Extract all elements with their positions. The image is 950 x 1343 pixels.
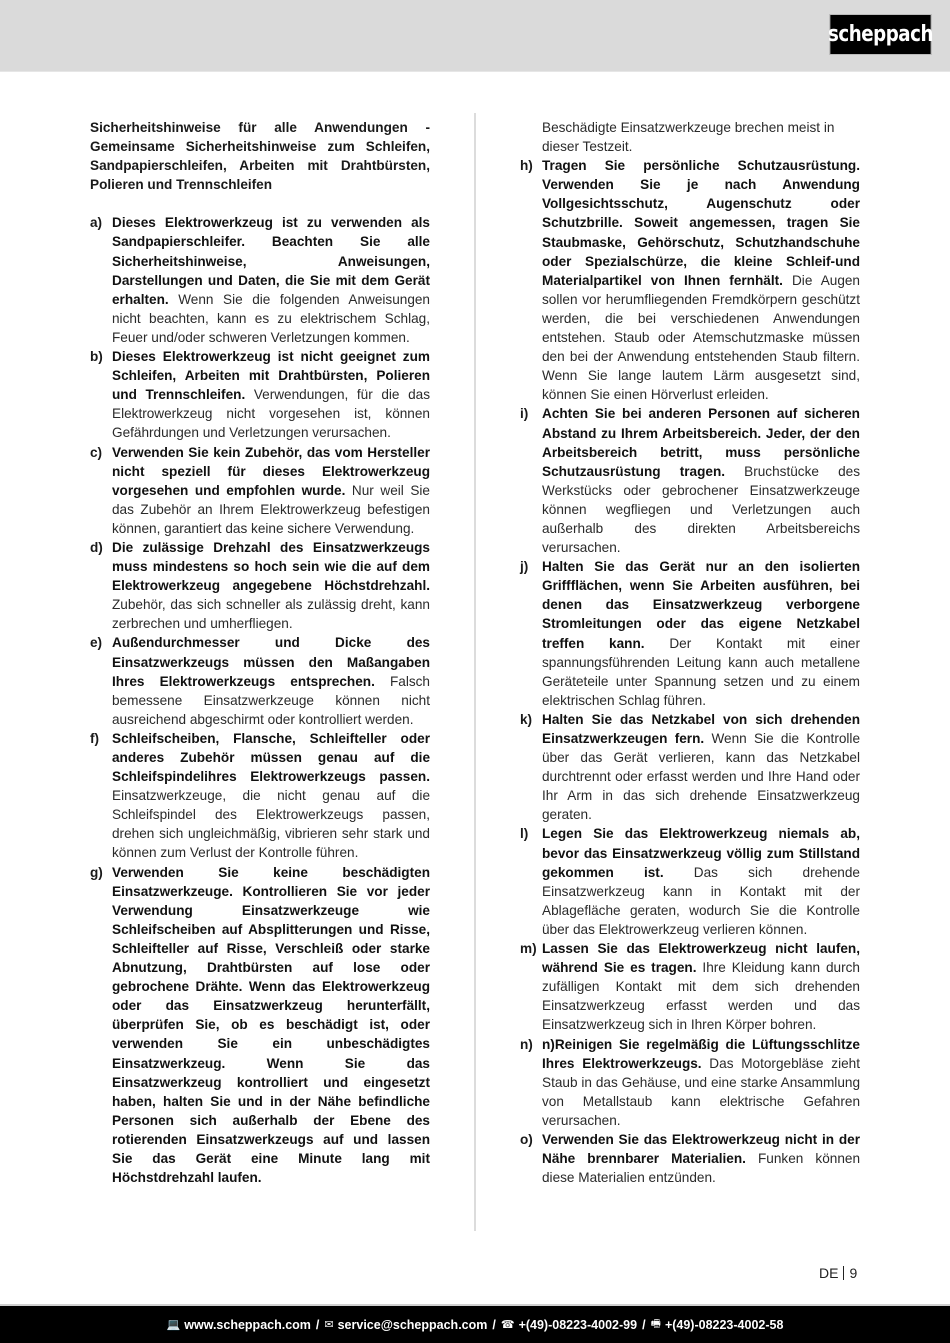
item-text: Einsatzwerkzeuge, die nicht genau auf di…	[112, 788, 430, 860]
item-label: h)	[520, 156, 542, 404]
computer-icon: 💻	[167, 1318, 181, 1331]
item-body: Halten Sie das Netzkabel von sich drehen…	[542, 710, 860, 825]
page-number: DE9	[819, 1265, 857, 1281]
safety-item: h)Tragen Sie persönliche Schutzausrüstun…	[520, 156, 860, 404]
safety-item: g)Verwenden Sie keine beschädigten Einsa…	[90, 863, 430, 1188]
safety-item: d)Die zulässige Drehzahl des Einsatzwerk…	[90, 538, 430, 633]
item-label: e)	[90, 633, 112, 728]
fax-icon: 🖷	[651, 1315, 661, 1334]
item-body: Legen Sie das Elektrowerkzeug niemals ab…	[542, 824, 860, 939]
page-index: 9	[849, 1265, 857, 1281]
item-label: k)	[520, 710, 542, 825]
item-body: Außendurchmesser und Dicke des Einsatzwe…	[112, 633, 430, 728]
column-divider	[474, 113, 476, 1231]
item-body: Verwenden Sie keine beschädigten Einsatz…	[112, 863, 430, 1188]
left-safety-list: a)Dieses Elektrowerkzeug ist zu verwende…	[90, 213, 430, 1187]
safety-item: e)Außendurchmesser und Dicke des Einsatz…	[90, 633, 430, 728]
safety-item: o)Verwenden Sie das Elektrowerkzeug nich…	[520, 1130, 860, 1187]
contact-bar: 💻 www.scheppach.com / ✉ service@scheppac…	[0, 1304, 950, 1343]
email-link[interactable]: service@scheppach.com	[338, 1318, 488, 1332]
item-body: Verwenden Sie das Elektrowerkzeug nicht …	[542, 1130, 860, 1187]
safety-item: m)Lassen Sie das Elektrowerkzeug nicht l…	[520, 939, 860, 1034]
language-code: DE	[819, 1265, 838, 1281]
item-label: c)	[90, 443, 112, 538]
telephone-icon: ☎	[501, 1318, 515, 1331]
right-safety-list: h)Tragen Sie persönliche Schutzausrüstun…	[520, 156, 860, 1187]
item-label: o)	[520, 1130, 542, 1187]
item-label: j)	[520, 557, 542, 710]
safety-item: i)Achten Sie bei anderen Personen auf si…	[520, 404, 860, 557]
separator: /	[642, 1318, 645, 1332]
item-text: Die Augen sollen vor herumfliegenden Fre…	[542, 273, 860, 403]
safety-item: l)Legen Sie das Elektrowerkzeug niemals …	[520, 824, 860, 939]
separator: /	[492, 1318, 495, 1332]
item-emphasis: Verwenden Sie keine beschädigten Einsatz…	[112, 865, 430, 1186]
safety-item: a)Dieses Elektrowerkzeug ist zu verwende…	[90, 213, 430, 347]
item-body: Die zulässige Drehzahl des Einsatzwerkze…	[112, 538, 430, 633]
section-title: Sicherheitshinweise für alle Anwendungen…	[90, 118, 430, 194]
item-label: d)	[90, 538, 112, 633]
item-label: i)	[520, 404, 542, 557]
safety-item: b)Dieses Elektrowerkzeug ist nicht geeig…	[90, 347, 430, 442]
item-label: m)	[520, 939, 542, 1034]
item-label: f)	[90, 729, 112, 863]
continuation-text: Beschädigte Einsatzwerkzeuge brechen mei…	[542, 118, 860, 156]
header-band: scheppach	[0, 0, 950, 72]
item-body: n)Reinigen Sie regelmäßig die Lüftungssc…	[542, 1035, 860, 1130]
item-label: g)	[90, 863, 112, 1188]
item-body: Dieses Elektrowerkzeug ist zu verwenden …	[112, 213, 430, 347]
item-body: Halten Sie das Gerät nur an den isoliert…	[542, 557, 860, 710]
safety-item: k)Halten Sie das Netzkabel von sich dreh…	[520, 710, 860, 825]
page-separator	[843, 1266, 844, 1280]
right-column: Beschädigte Einsatzwerkzeuge brechen mei…	[520, 118, 860, 1187]
item-label: a)	[90, 213, 112, 347]
separator: /	[316, 1318, 319, 1332]
item-label: b)	[90, 347, 112, 442]
safety-item: n)n)Reinigen Sie regelmäßig die Lüftungs…	[520, 1035, 860, 1130]
item-emphasis: Tragen Sie persönliche Schutzausrüstung.…	[542, 158, 860, 288]
safety-item: j)Halten Sie das Gerät nur an den isolie…	[520, 557, 860, 710]
item-body: Tragen Sie persönliche Schutzausrüstung.…	[542, 156, 860, 404]
website-link[interactable]: www.scheppach.com	[184, 1318, 311, 1332]
left-column: Sicherheitshinweise für alle Anwendungen…	[90, 118, 430, 1187]
item-label: l)	[520, 824, 542, 939]
item-body: Lassen Sie das Elektrowerkzeug nicht lau…	[542, 939, 860, 1034]
email-icon: ✉	[324, 1318, 333, 1331]
item-text: Zubehör, das sich schneller als zulässig…	[112, 597, 430, 631]
safety-item: f)Schleifscheiben, Flansche, Schleiftell…	[90, 729, 430, 863]
item-body: Schleifscheiben, Flansche, Schleifteller…	[112, 729, 430, 863]
item-body: Dieses Elektrowerkzeug ist nicht geeigne…	[112, 347, 430, 442]
item-label: n)	[520, 1035, 542, 1130]
phone-number: +(49)-08223-4002-99	[519, 1318, 638, 1332]
fax-number: +(49)-08223-4002-58	[665, 1318, 784, 1332]
item-body: Verwenden Sie kein Zubehör, das vom Hers…	[112, 443, 430, 538]
safety-item: c)Verwenden Sie kein Zubehör, das vom He…	[90, 443, 430, 538]
item-body: Achten Sie bei anderen Personen auf sich…	[542, 404, 860, 557]
scheppach-logo: scheppach	[829, 14, 931, 55]
item-emphasis: Die zulässige Drehzahl des Einsatzwerkze…	[112, 540, 430, 593]
item-emphasis: Schleifscheiben, Flansche, Schleifteller…	[112, 731, 430, 784]
